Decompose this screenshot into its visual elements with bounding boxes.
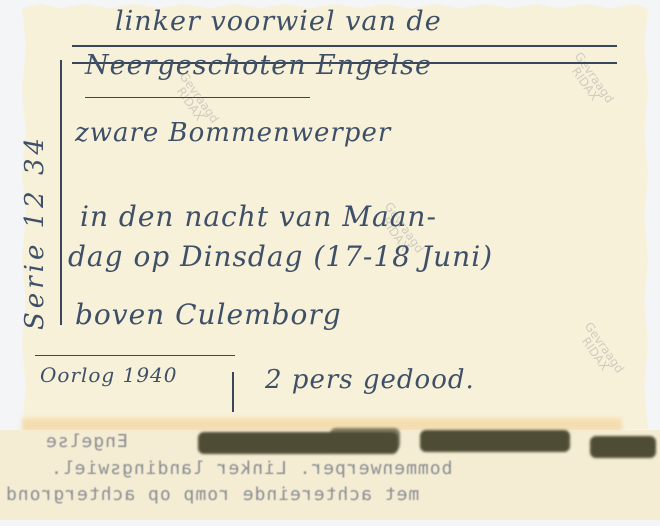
margin-series-note: Serie 12 34: [20, 134, 50, 330]
handwritten-line-7: Oorlog 1940: [40, 363, 178, 387]
handwritten-line-5: dag op Dinsdag (17-18 Juni): [68, 240, 493, 273]
handwritten-line-6: boven Culemborg: [75, 298, 342, 331]
underline-rule: [35, 355, 235, 356]
handwritten-line-4: in den nacht van Maan-: [80, 200, 437, 233]
underline-rule: [85, 97, 310, 98]
box-bracket: [232, 372, 234, 412]
typed-line-3: met achtereinde romp op achtergrond: [5, 484, 419, 505]
handwritten-line-2: Neergeschoten Engelse: [85, 50, 432, 81]
typed-line-1: Engelse: [45, 431, 128, 452]
underline-rule: [72, 45, 617, 47]
redaction-bar: [590, 436, 656, 458]
handwritten-line-1: linker voorwiel van de: [115, 6, 442, 37]
margin-bracket: [60, 60, 62, 325]
redaction-bar: [420, 430, 570, 452]
handwritten-line-8: 2 pers gedood.: [265, 365, 475, 395]
handwritten-line-3: zware Bommenwerper: [75, 118, 391, 148]
redaction-bar: [330, 428, 400, 450]
typed-line-2: bommenwerper. Linker landingswiel.: [50, 458, 452, 479]
